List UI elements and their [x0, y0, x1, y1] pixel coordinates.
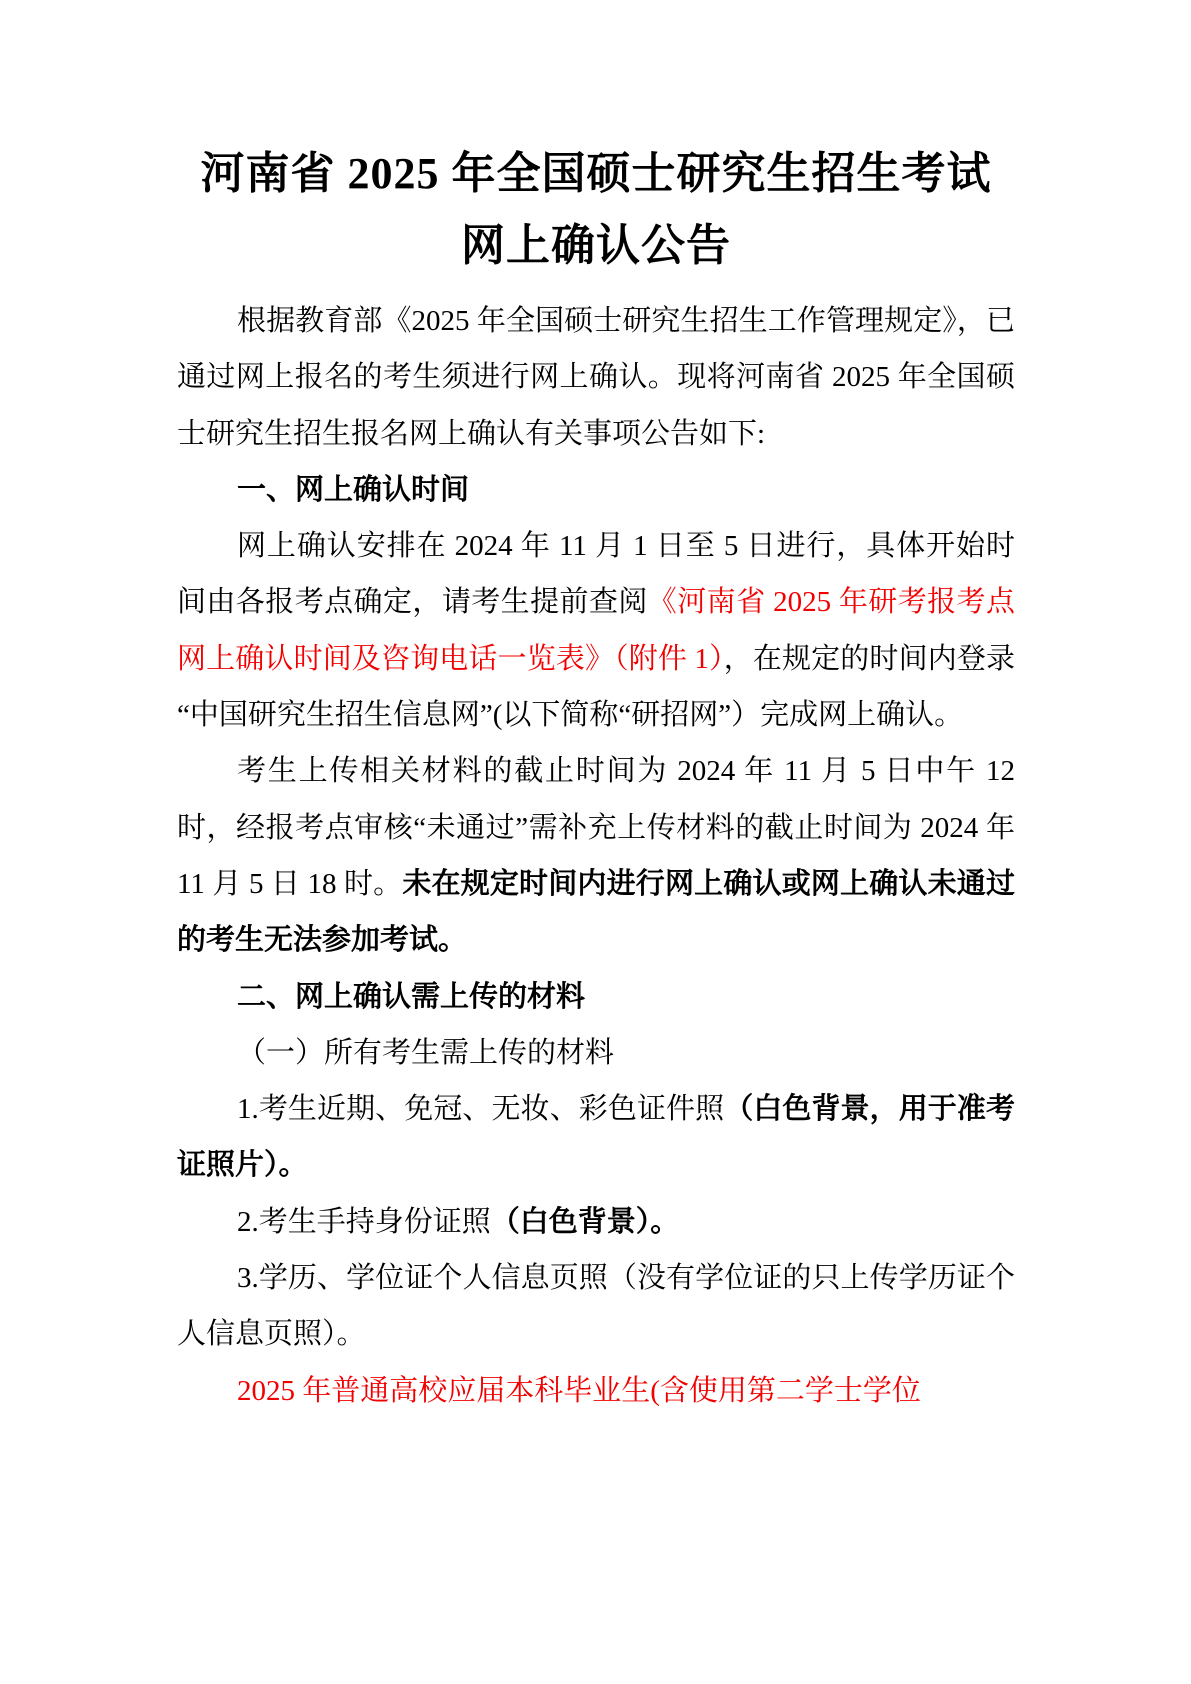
material-item-3: 3.学历、学位证个人信息页照（没有学位证的只上传学历证个人信息页照）。 — [177, 1250, 1015, 1363]
item-2-bold-note: （白色背景）。 — [491, 1206, 680, 1238]
material-item-1: 1.考生近期、免冠、无妆、彩色证件照（白色背景，用于准考证照片）。 — [177, 1081, 1015, 1194]
section-2-heading: 二、网上确认需上传的材料 — [177, 969, 1015, 1025]
upload-deadline-paragraph: 考生上传相关材料的截止时间为 2024 年 11 月 5 日中午 12 时，经报… — [177, 743, 1015, 968]
fresh-graduate-red-note: 2025 年普通高校应届本科毕业生(含使用第二学士学位 — [177, 1363, 1015, 1419]
intro-paragraph: 根据教育部《2025 年全国硕士研究生招生工作管理规定》，已通过网上报名的考生须… — [177, 293, 1015, 462]
text-run: 1.考生近期、免冠、无妆、彩色证件照 — [237, 1093, 724, 1125]
section-1-heading: 一、网上确认时间 — [177, 462, 1015, 518]
announcement-page: 河南省 2025 年全国硕士研究生招生考试 网上确认公告 根据教育部《2025 … — [0, 0, 1191, 1684]
document-title: 河南省 2025 年全国硕士研究生招生考试 网上确认公告 — [177, 138, 1015, 282]
title-line-2: 网上确认公告 — [177, 210, 1015, 282]
subsection-1-heading: （一）所有考生需上传的材料 — [177, 1025, 1015, 1081]
material-item-2: 2.考生手持身份证照（白色背景）。 — [177, 1194, 1015, 1250]
document-content: 河南省 2025 年全国硕士研究生招生考试 网上确认公告 根据教育部《2025 … — [177, 138, 1015, 1419]
text-run: 2.考生手持身份证照 — [237, 1206, 491, 1238]
title-line-1: 河南省 2025 年全国硕士研究生招生考试 — [177, 138, 1015, 210]
confirmation-time-paragraph: 网上确认安排在 2024 年 11 月 1 日至 5 日进行，具体开始时间由各报… — [177, 518, 1015, 743]
